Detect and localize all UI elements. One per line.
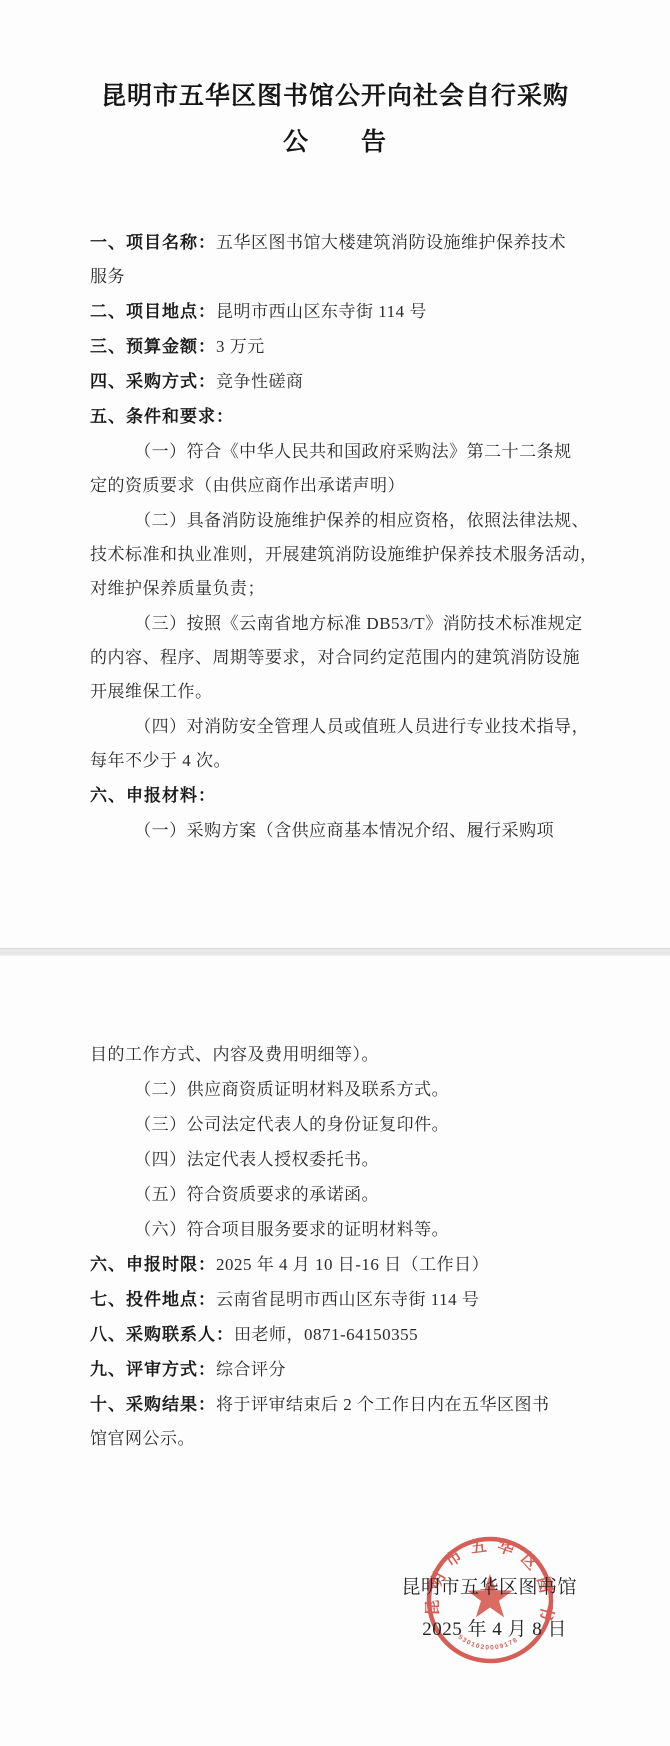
paragraph-label: 八、采购联系人： <box>90 1325 234 1344</box>
document-page-2: 目的工作方式、内容及费用明细等）。 （二）供应商资质证明材料及联系方式。 （三）… <box>0 956 670 1746</box>
paragraph-label: 五、条件和要求： <box>90 407 234 426</box>
paragraph-text: 竞争性磋商 <box>216 372 304 391</box>
paragraph-materials-heading: 六、申报材料： <box>90 779 614 813</box>
paragraph-text: （五）符合资质要求的承诺函。 <box>134 1185 379 1204</box>
paragraph-budget: 三、预算金额：3 万元 <box>90 330 614 364</box>
page1-body: 一、项目名称：五华区图书馆大楼建筑消防设施维护保养技术 服务 二、项目地点：昆明… <box>0 164 670 848</box>
paragraph-label: 三、预算金额： <box>90 337 216 356</box>
paragraph-text: 田老师，0871-64150355 <box>234 1325 418 1344</box>
paragraph-label: 二、项目地点： <box>90 302 216 321</box>
paragraph-contact-person: 八、采购联系人：田老师，0871-64150355 <box>90 1318 614 1352</box>
paragraph-text: 云南省昆明市西山区东寺街 114 号 <box>216 1290 479 1309</box>
paragraph-procurement-method: 四、采购方式：竞争性磋商 <box>90 365 614 399</box>
paragraph-label: 九、评审方式： <box>90 1360 216 1379</box>
paragraph-label: 六、申报材料： <box>90 786 216 805</box>
paragraph-material-1: （一）采购方案（含供应商基本情况介绍、履行采购项 <box>90 814 614 848</box>
paragraph-procurement-result: 十、采购结果：将于评审结束后 2 个工作日内在五华区图书 馆官网公示。 <box>90 1388 614 1456</box>
paragraph-text: 综合评分 <box>216 1360 286 1379</box>
footer-organization: 昆明市五华区图书馆 <box>401 1572 577 1599</box>
paragraph-material-5: （五）符合资质要求的承诺函。 <box>90 1178 614 1212</box>
paragraph-project-name: 一、项目名称：五华区图书馆大楼建筑消防设施维护保养技术 服务 <box>90 226 614 294</box>
paragraph-text: （四）对消防安全管理人员或值班人员进行专业技术指导， 每年不少于 4 次。 <box>90 717 589 770</box>
paragraph-text: （六）符合项目服务要求的证明材料等。 <box>134 1220 449 1239</box>
paragraph-label: 十、采购结果： <box>90 1395 216 1414</box>
paragraph-material-3: （三）公司法定代表人的身份证复印件。 <box>90 1108 614 1142</box>
paragraph-label: 七、投件地点： <box>90 1290 216 1309</box>
paragraph-material-1-continued: 目的工作方式、内容及费用明细等）。 <box>90 1038 614 1072</box>
document-title-line1: 昆明市五华区图书馆公开向社会自行采购 <box>0 0 670 118</box>
paragraph-text: 目的工作方式、内容及费用明细等）。 <box>90 1045 379 1064</box>
paragraph-text: 昆明市西山区东寺街 114 号 <box>216 302 427 321</box>
paragraph-text: （四）法定代表人授权委托书。 <box>134 1150 379 1169</box>
paragraph-conditions-heading: 五、条件和要求： <box>90 400 614 434</box>
paragraph-submission-location: 七、投件地点：云南省昆明市西山区东寺街 114 号 <box>90 1283 614 1317</box>
paragraph-label: 六、申报时限： <box>90 1255 216 1274</box>
paragraph-text: （三）公司法定代表人的身份证复印件。 <box>134 1115 449 1134</box>
paragraph-condition-2: （二）具备消防设施维护保养的相应资格，依照法律法规、 技术标准和执业准则，开展建… <box>90 504 614 606</box>
paragraph-condition-3: （三）按照《云南省地方标准 DB53/T》消防技术标准规定 的内容、程序、周期等… <box>90 607 614 709</box>
document-page-1: 昆明市五华区图书馆公开向社会自行采购 公 告 一、项目名称：五华区图书馆大楼建筑… <box>0 0 670 948</box>
footer-date: 2025 年 4 月 8 日 <box>422 1614 567 1641</box>
page2-body: 目的工作方式、内容及费用明细等）。 （二）供应商资质证明材料及联系方式。 （三）… <box>0 956 670 1456</box>
official-seal: 昆明市五华区图书馆 5301020009178 <box>415 1525 565 1675</box>
document-title-line2: 公 告 <box>0 120 670 164</box>
paragraph-label: 一、项目名称： <box>90 233 216 252</box>
paragraph-deadline: 六、申报时限：2025 年 4 月 10 日-16 日（工作日） <box>90 1248 614 1282</box>
paragraph-text: 3 万元 <box>216 337 265 356</box>
paragraph-material-2: （二）供应商资质证明材料及联系方式。 <box>90 1073 614 1107</box>
paragraph-text: （二）具备消防设施维护保养的相应资格，依照法律法规、 技术标准和执业准则，开展建… <box>90 511 598 598</box>
paragraph-condition-1: （一）符合《中华人民共和国政府采购法》第二十二条规 定的资质要求（由供应商作出承… <box>90 435 614 503</box>
paragraph-text: 2025 年 4 月 10 日-16 日（工作日） <box>216 1255 489 1274</box>
page-break-divider <box>0 948 670 956</box>
paragraph-project-location: 二、项目地点：昆明市西山区东寺街 114 号 <box>90 295 614 329</box>
paragraph-material-4: （四）法定代表人授权委托书。 <box>90 1143 614 1177</box>
paragraph-material-6: （六）符合项目服务要求的证明材料等。 <box>90 1213 614 1247</box>
paragraph-review-method: 九、评审方式：综合评分 <box>90 1353 614 1387</box>
paragraph-condition-4: （四）对消防安全管理人员或值班人员进行专业技术指导， 每年不少于 4 次。 <box>90 710 614 778</box>
paragraph-text: （三）按照《云南省地方标准 DB53/T》消防技术标准规定 的内容、程序、周期等… <box>90 614 583 701</box>
paragraph-text: （一）符合《中华人民共和国政府采购法》第二十二条规 定的资质要求（由供应商作出承… <box>90 442 572 495</box>
paragraph-label: 四、采购方式： <box>90 372 216 391</box>
paragraph-text: （一）采购方案（含供应商基本情况介绍、履行采购项 <box>134 821 554 840</box>
paragraph-text: （二）供应商资质证明材料及联系方式。 <box>134 1080 449 1099</box>
